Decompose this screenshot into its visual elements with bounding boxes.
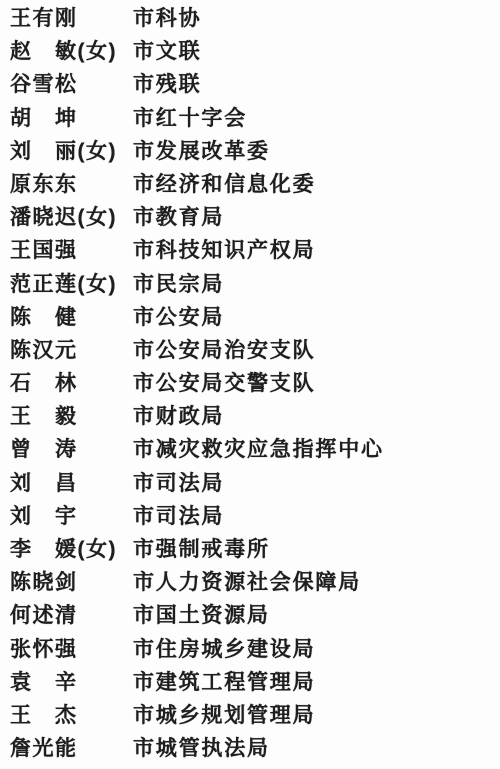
person-name: 曾 涛 <box>10 438 133 461</box>
roster-row: 王 杰 市城乡规划管理局 <box>10 704 500 737</box>
organization-name: 市司法局 <box>133 472 500 495</box>
person-name: 袁 辛 <box>10 671 133 694</box>
person-name: 陈 健 <box>10 306 133 329</box>
organization-name: 市住房城乡建设局 <box>133 638 500 661</box>
person-name: 原东东 <box>10 173 133 196</box>
person-name: 王国强 <box>10 239 133 262</box>
organization-name: 市民宗局 <box>133 273 500 296</box>
organization-name: 市财政局 <box>133 405 500 428</box>
roster-row: 陈 健 市公安局 <box>10 306 500 339</box>
roster-row: 胡 坤 市红十字会 <box>10 107 500 140</box>
roster-row: 王有刚 市科协 <box>10 7 500 40</box>
roster-row: 刘 宇 市司法局 <box>10 505 500 538</box>
person-name: 胡 坤 <box>10 107 133 130</box>
organization-name: 市公安局交警支队 <box>133 372 500 395</box>
organization-name: 市教育局 <box>133 206 500 229</box>
organization-name: 市司法局 <box>133 505 500 528</box>
roster-row: 石 林 市公安局交警支队 <box>10 372 500 405</box>
person-name: 谷雪松 <box>10 73 133 96</box>
roster-row: 范正莲(女) 市民宗局 <box>10 273 500 306</box>
roster-row: 曾 涛 市减灾救灾应急指挥中心 <box>10 438 500 471</box>
roster-row: 赵 敏(女) 市文联 <box>10 40 500 73</box>
person-name: 刘 宇 <box>10 505 133 528</box>
roster-list: 王有刚 市科协 赵 敏(女) 市文联 谷雪松 市残联 胡 坤 市红十字会 刘 丽… <box>10 7 500 769</box>
person-name: 赵 敏(女) <box>10 40 133 63</box>
organization-name: 市残联 <box>133 73 500 96</box>
organization-name: 市红十字会 <box>133 107 500 130</box>
organization-name: 市公安局 <box>133 306 500 329</box>
roster-row: 刘 昌 市司法局 <box>10 472 500 505</box>
person-name: 王有刚 <box>10 7 133 30</box>
person-name: 陈晓剑 <box>10 571 133 594</box>
roster-row: 原东东 市经济和信息化委 <box>10 173 500 206</box>
roster-row: 张怀强 市住房城乡建设局 <box>10 638 500 671</box>
person-name: 王 杰 <box>10 704 133 727</box>
roster-row: 刘 丽(女) 市发展改革委 <box>10 140 500 173</box>
organization-name: 市文联 <box>133 40 500 63</box>
organization-name: 市建筑工程管理局 <box>133 671 500 694</box>
roster-row: 陈晓剑 市人力资源社会保障局 <box>10 571 500 604</box>
roster-row: 陈汉元 市公安局治安支队 <box>10 339 500 372</box>
person-name: 刘 昌 <box>10 472 133 495</box>
organization-name: 市人力资源社会保障局 <box>133 571 500 594</box>
roster-row: 李 媛(女) 市强制戒毒所 <box>10 538 500 571</box>
roster-row: 詹光能 市城管执法局 <box>10 737 500 769</box>
person-name: 李 媛(女) <box>10 538 133 561</box>
person-name: 石 林 <box>10 372 133 395</box>
organization-name: 市科技知识产权局 <box>133 239 500 262</box>
roster-row: 王国强 市科技知识产权局 <box>10 239 500 272</box>
person-name: 王 毅 <box>10 405 133 428</box>
person-name: 范正莲(女) <box>10 273 133 296</box>
person-name: 何述清 <box>10 604 133 627</box>
roster-row: 王 毅 市财政局 <box>10 405 500 438</box>
roster-row: 何述清 市国土资源局 <box>10 604 500 637</box>
person-name: 詹光能 <box>10 737 133 760</box>
organization-name: 市科协 <box>133 7 500 30</box>
person-name: 陈汉元 <box>10 339 133 362</box>
organization-name: 市发展改革委 <box>133 140 500 163</box>
organization-name: 市城管执法局 <box>133 737 500 760</box>
organization-name: 市减灾救灾应急指挥中心 <box>133 438 500 461</box>
organization-name: 市城乡规划管理局 <box>133 704 500 727</box>
document-page: 王有刚 市科协 赵 敏(女) 市文联 谷雪松 市残联 胡 坤 市红十字会 刘 丽… <box>0 0 500 769</box>
person-name: 张怀强 <box>10 638 133 661</box>
person-name: 刘 丽(女) <box>10 140 133 163</box>
organization-name: 市公安局治安支队 <box>133 339 500 362</box>
organization-name: 市经济和信息化委 <box>133 173 500 196</box>
person-name: 潘晓迟(女) <box>10 206 133 229</box>
roster-row: 谷雪松 市残联 <box>10 73 500 106</box>
organization-name: 市国土资源局 <box>133 604 500 627</box>
roster-row: 潘晓迟(女) 市教育局 <box>10 206 500 239</box>
roster-row: 袁 辛 市建筑工程管理局 <box>10 671 500 704</box>
organization-name: 市强制戒毒所 <box>133 538 500 561</box>
